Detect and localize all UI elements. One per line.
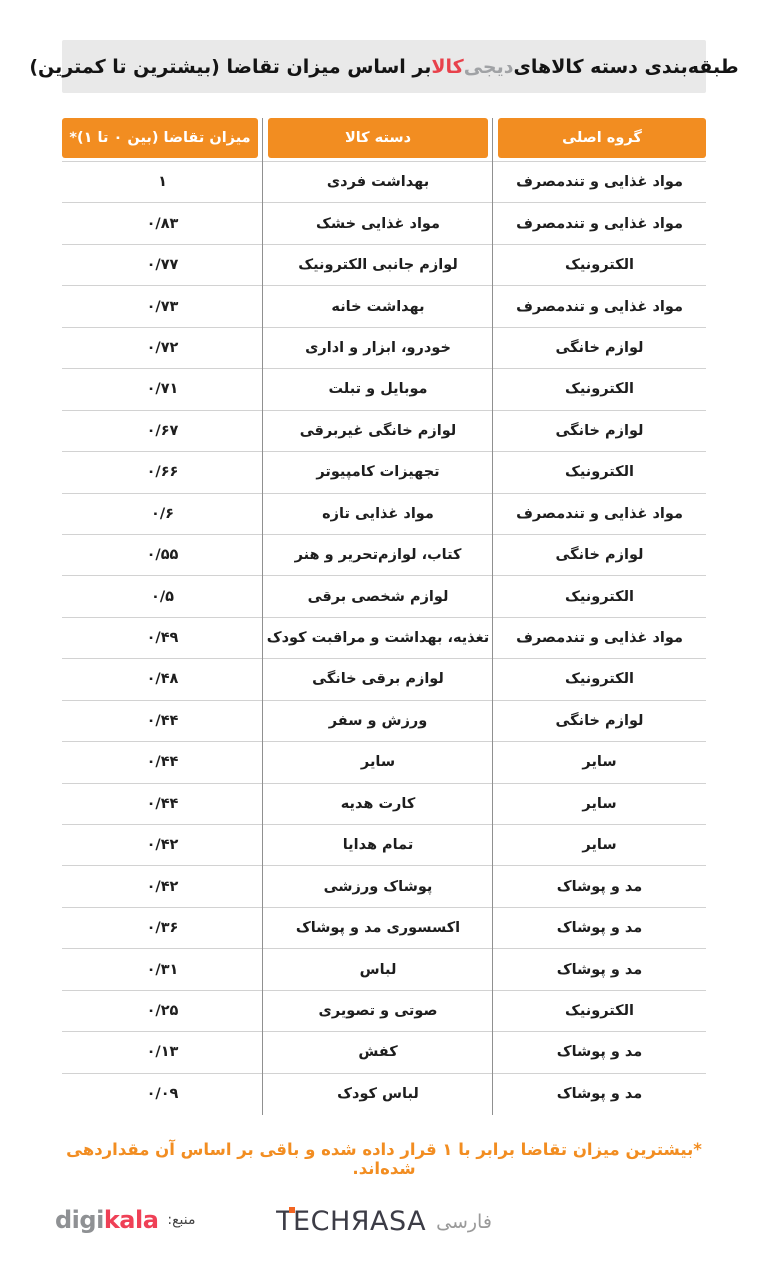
table-row: مواد غذایی و تندمصرفمواد غذایی تازه۰/۶	[62, 493, 706, 534]
footnote-text: *بیشترین میزان تقاضا برابر با ۱ قرار داد…	[62, 1140, 706, 1178]
techrasa-logo: TECHЯASA	[276, 1206, 426, 1237]
table-cell-value: ۰/۵۵	[62, 535, 263, 575]
table-cell-category: لباس کودک	[263, 1074, 493, 1114]
table-cell-group: سایر	[493, 825, 706, 865]
table-cell-group: الکترونیک	[493, 659, 706, 699]
table-cell-group: مد و پوشاک	[493, 908, 706, 948]
table-row: سایرکارت هدیه۰/۴۴	[62, 783, 706, 824]
table-cell-category: خودرو، ابزار و اداری	[263, 328, 493, 368]
table-cell-group: مد و پوشاک	[493, 1074, 706, 1114]
table-row: لوازم خانگیکتاب، لوازم‌تحریر و هنر۰/۵۵	[62, 534, 706, 575]
column-divider-right	[492, 118, 493, 1115]
table-cell-value: ۰/۶	[62, 494, 263, 534]
table-cell-value: ۰/۴۴	[62, 701, 263, 741]
table-cell-value: ۰/۴۲	[62, 825, 263, 865]
table-cell-category: سایر	[263, 742, 493, 782]
table-row: لوازم خانگیورزش و سفر۰/۴۴	[62, 700, 706, 741]
table-cell-value: ۰/۳۶	[62, 908, 263, 948]
table-row: مد و پوشاکلباس۰/۳۱	[62, 948, 706, 989]
table-row: الکترونیکتجهیزات کامپیوتر۰/۶۶	[62, 451, 706, 492]
table-row: الکترونیکلوازم شخصی برقی۰/۵	[62, 575, 706, 616]
table-row: مد و پوشاکپوشاک ورزشی۰/۴۲	[62, 865, 706, 906]
table-cell-category: لوازم برقی خانگی	[263, 659, 493, 699]
table-row: لوازم خانگیخودرو، ابزار و اداری۰/۷۲	[62, 327, 706, 368]
demand-table: گروه اصلی دسته کالا میزان تقاضا (بین ۰ ت…	[62, 118, 706, 1115]
title-brand-digi: دیجی	[464, 56, 514, 78]
table-cell-group: مد و پوشاک	[493, 1032, 706, 1072]
table-cell-value: ۰/۵	[62, 576, 263, 616]
table-cell-category: تغذیه، بهداشت و مراقبت کودک	[263, 618, 493, 658]
table-row: مد و پوشاککفش۰/۱۳	[62, 1031, 706, 1072]
table-cell-category: تمام هدایا	[263, 825, 493, 865]
table-cell-value: ۰/۴۹	[62, 618, 263, 658]
techrasa-farsi-label: فارسی	[436, 1211, 492, 1233]
table-cell-category: بهداشت خانه	[263, 286, 493, 326]
table-cell-group: لوازم خانگی	[493, 535, 706, 575]
table-cell-group: مد و پوشاک	[493, 949, 706, 989]
table-cell-value: ۰/۸۳	[62, 203, 263, 243]
footer-brand: TECHЯASA فارسی	[0, 1206, 768, 1237]
page-title: طبقه‌بندی دسته کالاهای دیجی کالا بر اساس…	[62, 40, 706, 93]
table-cell-value: ۰/۴۴	[62, 784, 263, 824]
table-row: الکترونیکموبایل و تبلت۰/۷۱	[62, 368, 706, 409]
table-header-row: گروه اصلی دسته کالا میزان تقاضا (بین ۰ ت…	[62, 118, 706, 161]
table-cell-category: صوتی و تصویری	[263, 991, 493, 1031]
table-cell-group: لوازم خانگی	[493, 411, 706, 451]
table-cell-value: ۱	[62, 162, 263, 202]
table-cell-value: ۰/۴۴	[62, 742, 263, 782]
table-cell-value: ۰/۲۵	[62, 991, 263, 1031]
table-cell-group: الکترونیک	[493, 991, 706, 1031]
table-cell-category: لوازم خانگی غیربرقی	[263, 411, 493, 451]
table-cell-value: ۰/۴۸	[62, 659, 263, 699]
title-text-pre: طبقه‌بندی دسته کالاهای	[514, 56, 739, 78]
table-row: مد و پوشاکاکسسوری مد و پوشاک۰/۳۶	[62, 907, 706, 948]
table-cell-category: اکسسوری مد و پوشاک	[263, 908, 493, 948]
table-cell-group: مد و پوشاک	[493, 866, 706, 906]
table-cell-value: ۰/۷۲	[62, 328, 263, 368]
techrasa-accent-icon	[289, 1207, 295, 1213]
table-cell-category: لباس	[263, 949, 493, 989]
title-text-post: بر اساس میزان تقاضا (بیشترین تا کمترین)	[29, 56, 431, 78]
title-brand-kala: کالا	[431, 56, 463, 78]
table-cell-value: ۰/۶۶	[62, 452, 263, 492]
table-cell-group: الکترونیک	[493, 245, 706, 285]
table-cell-group: مواد غذایی و تندمصرف	[493, 494, 706, 534]
table-row: سایرتمام هدایا۰/۴۲	[62, 824, 706, 865]
table-cell-group: لوازم خانگی	[493, 328, 706, 368]
table-cell-group: مواد غذایی و تندمصرف	[493, 618, 706, 658]
table-row: مواد غذایی و تندمصرفبهداشت خانه۰/۷۳	[62, 285, 706, 326]
header-demand-value: میزان تقاضا (بین ۰ تا ۱)*	[62, 118, 258, 158]
table-cell-group: الکترونیک	[493, 369, 706, 409]
table-cell-category: لوازم شخصی برقی	[263, 576, 493, 616]
table-cell-category: کفش	[263, 1032, 493, 1072]
table-row: لوازم خانگیلوازم خانگی غیربرقی۰/۶۷	[62, 410, 706, 451]
column-divider-left	[262, 118, 263, 1115]
table-row: الکترونیکلوازم جانبی الکترونیک۰/۷۷	[62, 244, 706, 285]
table-cell-value: ۰/۱۳	[62, 1032, 263, 1072]
table-row: مواد غذایی و تندمصرفمواد غذایی خشک۰/۸۳	[62, 202, 706, 243]
table-cell-group: مواد غذایی و تندمصرف	[493, 203, 706, 243]
table-cell-category: لوازم جانبی الکترونیک	[263, 245, 493, 285]
table-row: الکترونیکلوازم برقی خانگی۰/۴۸	[62, 658, 706, 699]
table-cell-category: موبایل و تبلت	[263, 369, 493, 409]
table-row: الکترونیکصوتی و تصویری۰/۲۵	[62, 990, 706, 1031]
table-cell-value: ۰/۴۲	[62, 866, 263, 906]
table-row: مد و پوشاکلباس کودک۰/۰۹	[62, 1073, 706, 1114]
table-row: مواد غذایی و تندمصرفتغذیه، بهداشت و مراق…	[62, 617, 706, 658]
table-cell-value: ۰/۷۱	[62, 369, 263, 409]
table-cell-group: لوازم خانگی	[493, 701, 706, 741]
table-cell-value: ۰/۰۹	[62, 1074, 263, 1114]
header-main-group: گروه اصلی	[498, 118, 706, 158]
table-cell-category: ورزش و سفر	[263, 701, 493, 741]
table-cell-category: کتاب، لوازم‌تحریر و هنر	[263, 535, 493, 575]
table-cell-group: مواد غذایی و تندمصرف	[493, 286, 706, 326]
table-cell-group: الکترونیک	[493, 576, 706, 616]
table-cell-group: سایر	[493, 742, 706, 782]
table-body: مواد غذایی و تندمصرفبهداشت فردی۱مواد غذا…	[62, 161, 706, 1114]
table-cell-category: بهداشت فردی	[263, 162, 493, 202]
table-cell-value: ۰/۶۷	[62, 411, 263, 451]
table-cell-category: مواد غذایی تازه	[263, 494, 493, 534]
table-cell-value: ۰/۷۷	[62, 245, 263, 285]
table-row: مواد غذایی و تندمصرفبهداشت فردی۱	[62, 161, 706, 202]
table-cell-category: تجهیزات کامپیوتر	[263, 452, 493, 492]
techrasa-logo-text: TECHЯASA	[276, 1206, 426, 1237]
table-cell-value: ۰/۳۱	[62, 949, 263, 989]
infographic-page: { "title": { "pre": "طبقه‌بندی دسته کالا…	[0, 0, 768, 1265]
table-row: سایرسایر۰/۴۴	[62, 741, 706, 782]
table-cell-category: کارت هدیه	[263, 784, 493, 824]
header-category: دسته کالا	[268, 118, 488, 158]
table-cell-category: مواد غذایی خشک	[263, 203, 493, 243]
table-cell-group: الکترونیک	[493, 452, 706, 492]
table-cell-group: سایر	[493, 784, 706, 824]
table-cell-category: پوشاک ورزشی	[263, 866, 493, 906]
table-cell-value: ۰/۷۳	[62, 286, 263, 326]
table-cell-group: مواد غذایی و تندمصرف	[493, 162, 706, 202]
